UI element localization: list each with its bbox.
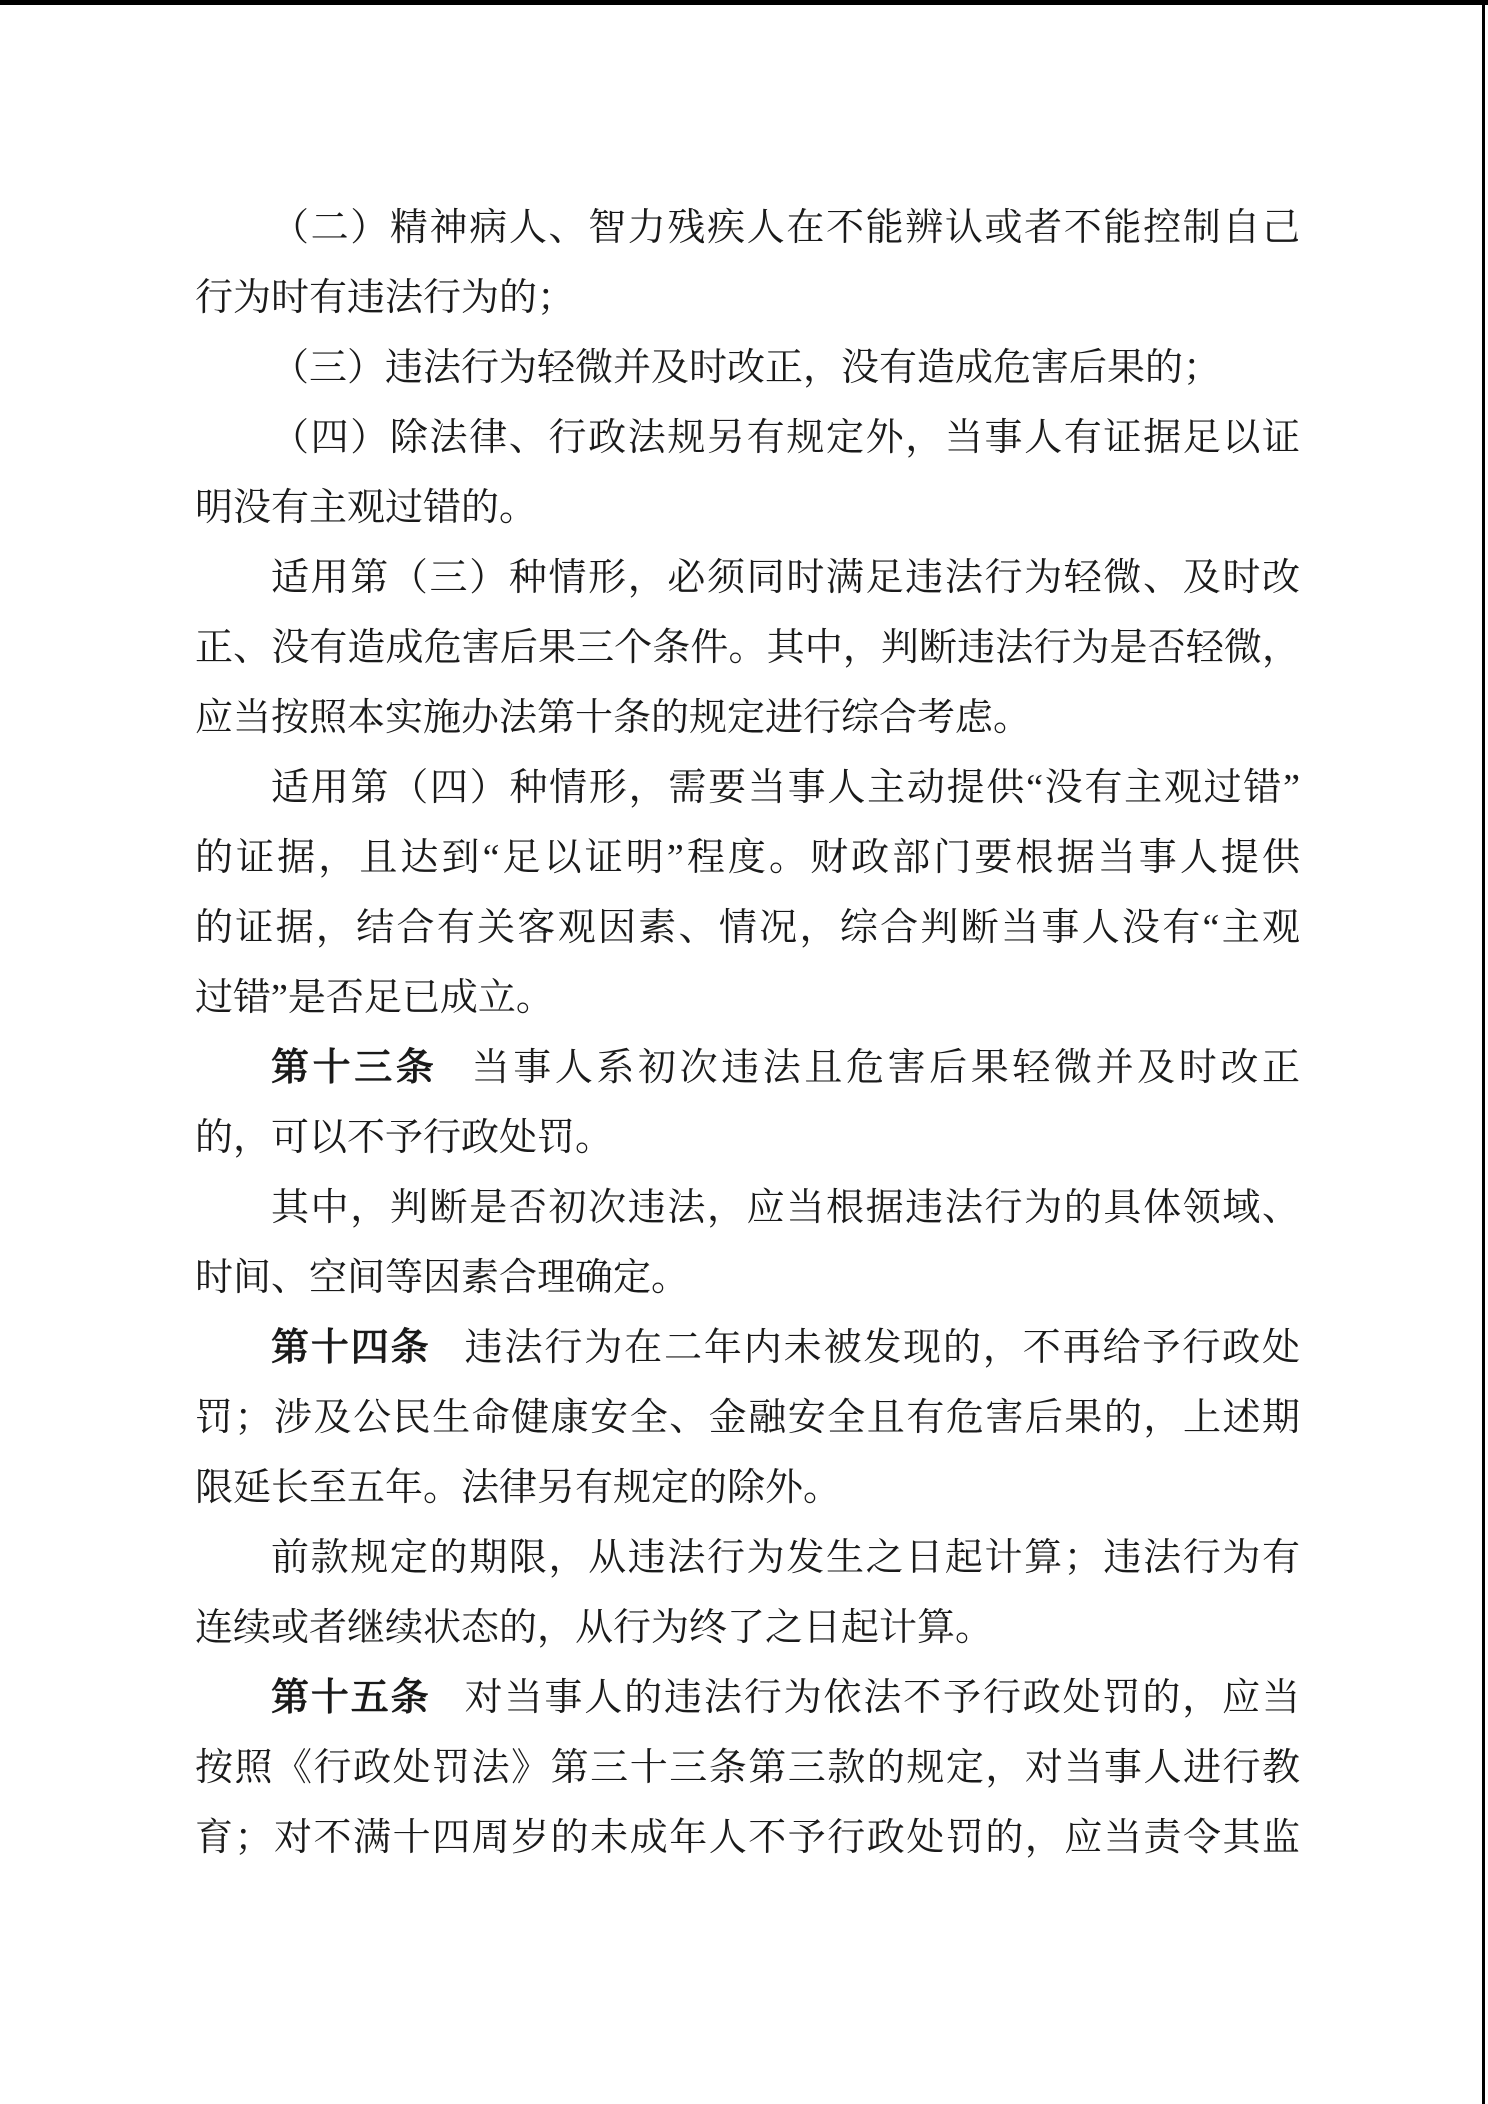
text-line: 应当按照本实施办法第十条的规定进行综合考虑。 bbox=[195, 683, 1300, 753]
line-text: 的证据，结合有关客观因素、情况，综合判断当事人没有“主观 bbox=[195, 907, 1300, 949]
line-text: 违法行为在二年内未被发现的，不再给予行政处 bbox=[465, 1327, 1300, 1369]
text-line: 的证据，结合有关客观因素、情况，综合判断当事人没有“主观 bbox=[195, 893, 1300, 963]
text-line: 正、没有造成危害后果三个条件。其中，判断违法行为是否轻微， bbox=[195, 613, 1300, 683]
text-block: （二）精神病人、智力残疾人在不能辨认或者不能控制自己行为时有违法行为的；（三）违… bbox=[195, 193, 1300, 1873]
text-line: 时间、空间等因素合理确定。 bbox=[195, 1243, 1300, 1313]
text-line: 连续或者继续状态的，从行为终了之日起计算。 bbox=[195, 1593, 1300, 1663]
line-text: 的，可以不予行政处罚。 bbox=[195, 1117, 613, 1159]
line-text: 限延长至五年。法律另有规定的除外。 bbox=[195, 1467, 841, 1509]
text-line: 适用第（三）种情形，必须同时满足违法行为轻微、及时改 bbox=[195, 543, 1300, 613]
text-line: 按照《行政处罚法》第三十三条第三款的规定，对当事人进行教 bbox=[195, 1733, 1300, 1803]
line-text: （三）违法行为轻微并及时改正，没有造成危害后果的； bbox=[271, 347, 1221, 389]
scan-edge-top bbox=[0, 0, 1488, 5]
article-number: 第十四条 bbox=[271, 1327, 430, 1369]
line-text: （四）除法律、行政法规另有规定外，当事人有证据足以证 bbox=[271, 417, 1300, 459]
line-text: 其中，判断是否初次违法，应当根据违法行为的具体领域、 bbox=[271, 1187, 1300, 1229]
text-line: 适用第（四）种情形，需要当事人主动提供“没有主观过错” bbox=[195, 753, 1300, 823]
text-line: （二）精神病人、智力残疾人在不能辨认或者不能控制自己 bbox=[195, 193, 1300, 263]
line-text: （二）精神病人、智力残疾人在不能辨认或者不能控制自己 bbox=[271, 207, 1300, 249]
line-text: 前款规定的期限，从违法行为发生之日起计算；违法行为有 bbox=[271, 1537, 1300, 1579]
line-text: 应当按照本实施办法第十条的规定进行综合考虑。 bbox=[195, 697, 1031, 739]
text-line: （三）违法行为轻微并及时改正，没有造成危害后果的； bbox=[195, 333, 1300, 403]
text-line: 前款规定的期限，从违法行为发生之日起计算；违法行为有 bbox=[195, 1523, 1300, 1593]
text-line: 行为时有违法行为的； bbox=[195, 263, 1300, 333]
line-text: 时间、空间等因素合理确定。 bbox=[195, 1257, 689, 1299]
line-text: 适用第（三）种情形，必须同时满足违法行为轻微、及时改 bbox=[271, 557, 1300, 599]
line-text: 行为时有违法行为的； bbox=[195, 277, 575, 319]
text-line: 限延长至五年。法律另有规定的除外。 bbox=[195, 1453, 1300, 1523]
article-number: 第十五条 bbox=[271, 1677, 430, 1719]
line-text: 过错”是否足已成立。 bbox=[195, 977, 554, 1019]
scan-edge-right bbox=[1482, 0, 1485, 2104]
line-text: 正、没有造成危害后果三个条件。其中，判断违法行为是否轻微， bbox=[195, 627, 1300, 669]
text-line: 第十五条对当事人的违法行为依法不予行政处罚的，应当 bbox=[195, 1663, 1300, 1733]
text-line: 罚；涉及公民生命健康安全、金融安全且有危害后果的，上述期 bbox=[195, 1383, 1300, 1453]
line-text: 当事人系初次违法且危害后果轻微并及时改正 bbox=[472, 1047, 1300, 1089]
text-line: 育；对不满十四周岁的未成年人不予行政处罚的，应当责令其监 bbox=[195, 1803, 1300, 1873]
line-text: 的证据，且达到“足以证明”程度。财政部门要根据当事人提供 bbox=[195, 837, 1300, 879]
line-text: 连续或者继续状态的，从行为终了之日起计算。 bbox=[195, 1607, 993, 1649]
text-line: 第十四条违法行为在二年内未被发现的，不再给予行政处 bbox=[195, 1313, 1300, 1383]
article-number: 第十三条 bbox=[271, 1047, 437, 1089]
line-text: 对当事人的违法行为依法不予行政处罚的，应当 bbox=[465, 1677, 1300, 1719]
text-line: 的，可以不予行政处罚。 bbox=[195, 1103, 1300, 1173]
line-text: 育；对不满十四周岁的未成年人不予行政处罚的，应当责令其监 bbox=[195, 1817, 1300, 1859]
text-line: 过错”是否足已成立。 bbox=[195, 963, 1300, 1033]
text-line: 其中，判断是否初次违法，应当根据违法行为的具体领域、 bbox=[195, 1173, 1300, 1243]
document-page: （二）精神病人、智力残疾人在不能辨认或者不能控制自己行为时有违法行为的；（三）违… bbox=[0, 0, 1488, 2104]
text-line: 明没有主观过错的。 bbox=[195, 473, 1300, 543]
text-line: 的证据，且达到“足以证明”程度。财政部门要根据当事人提供 bbox=[195, 823, 1300, 893]
line-text: 适用第（四）种情形，需要当事人主动提供“没有主观过错” bbox=[271, 767, 1300, 809]
text-line: （四）除法律、行政法规另有规定外，当事人有证据足以证 bbox=[195, 403, 1300, 473]
text-line: 第十三条当事人系初次违法且危害后果轻微并及时改正 bbox=[195, 1033, 1300, 1103]
line-text: 罚；涉及公民生命健康安全、金融安全且有危害后果的，上述期 bbox=[195, 1397, 1300, 1439]
line-text: 明没有主观过错的。 bbox=[195, 487, 537, 529]
line-text: 按照《行政处罚法》第三十三条第三款的规定，对当事人进行教 bbox=[195, 1747, 1300, 1789]
